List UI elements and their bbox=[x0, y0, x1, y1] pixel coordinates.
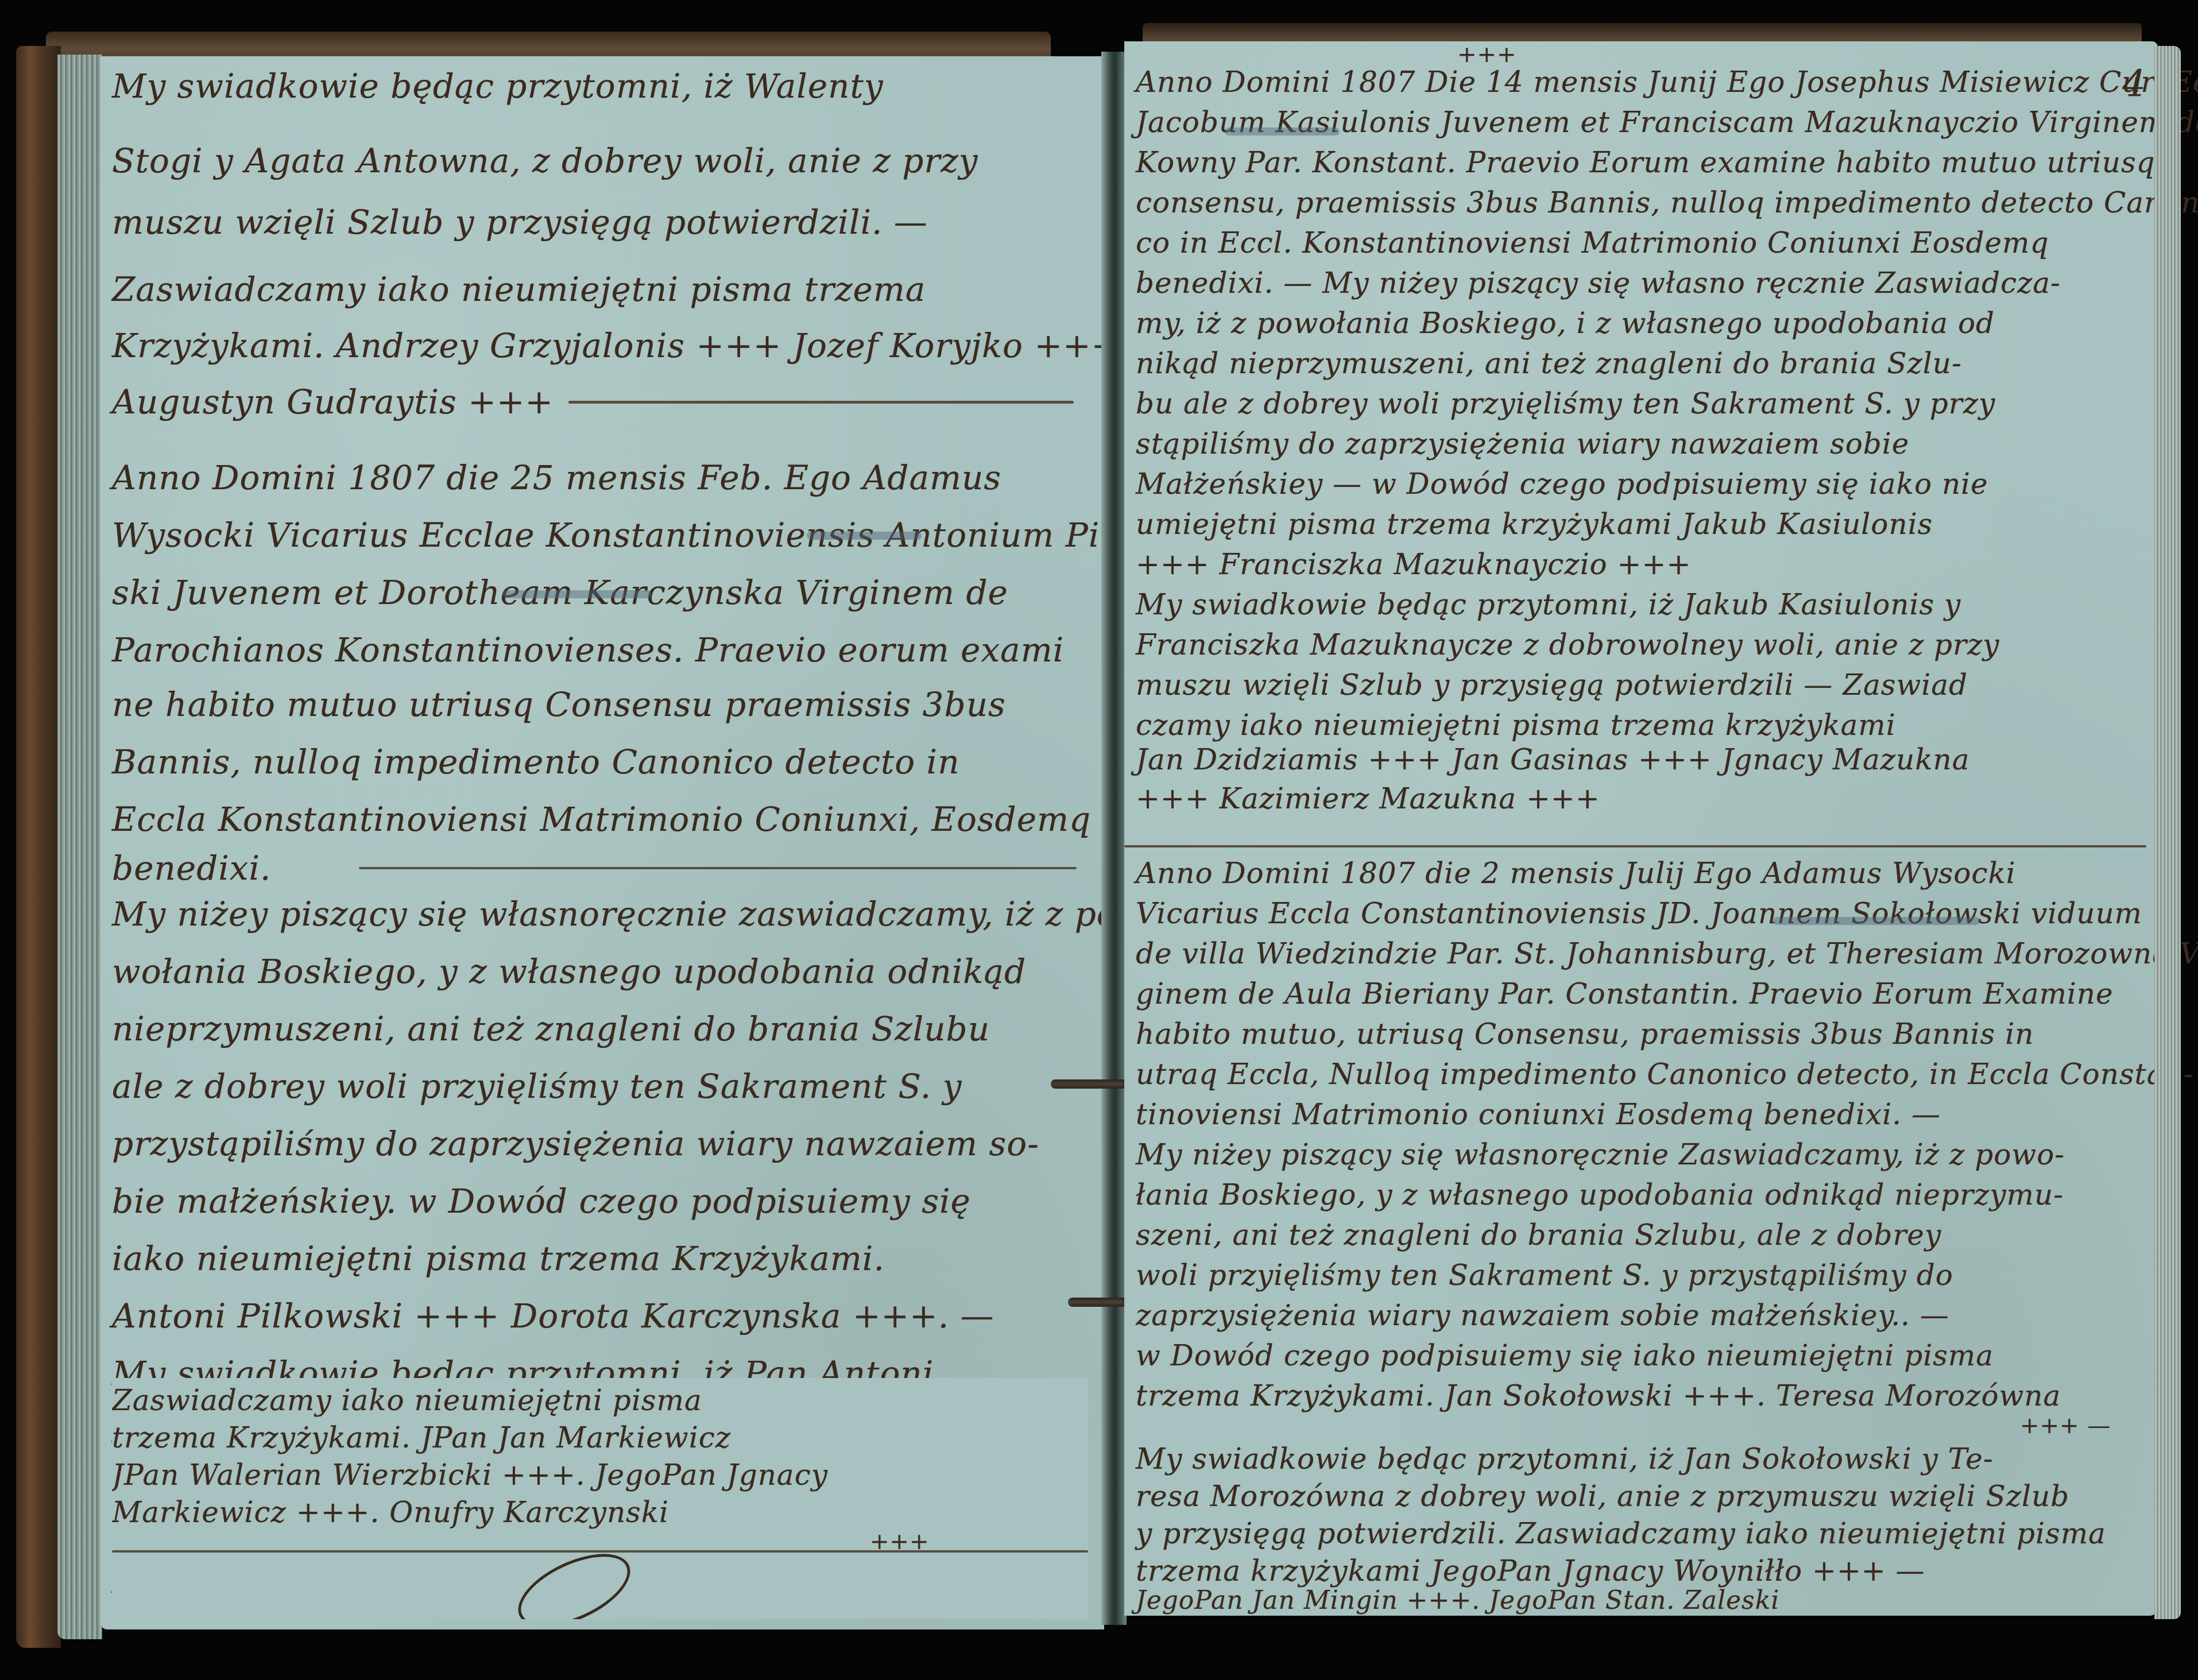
left-line-8: Wysocki Vicarius Ecclae Konstantinoviens… bbox=[112, 516, 1193, 555]
left-line-4: Zaswiadczamy iako nieumiejętni pisma trz… bbox=[112, 270, 926, 309]
right-line-37: y przysięgą potwierdzili. Zaswiadczamy i… bbox=[1136, 1517, 2106, 1550]
right-line-26: tinoviensi Matrimonio coniunxi Eosdemq b… bbox=[1136, 1098, 1941, 1131]
book-gutter bbox=[1101, 52, 1127, 1625]
right-line-11: Małżeńskiey — w Dowód czego podpisuiemy … bbox=[1136, 467, 1988, 501]
right-line-31: zaprzysiężenia wiary nawzaiem sobie małż… bbox=[1136, 1299, 1949, 1332]
left-line-30: Markiewicz +++. Onufry Karczynski bbox=[112, 1496, 669, 1529]
pencil-underline bbox=[502, 590, 652, 598]
left-line-3: muszu wzięli Szlub y przysięgą potwierdz… bbox=[112, 203, 928, 242]
right-line-36: resa Morozówna z dobrey woli, anie z prz… bbox=[1136, 1480, 2069, 1513]
right-line-7: my, iż z powołania Boskiego, i z własneg… bbox=[1136, 307, 1995, 340]
margin-note: +++ bbox=[1457, 41, 1517, 68]
right-line-14: My swiadkowie będąc przytomni, iż Jakub … bbox=[1136, 588, 1961, 621]
right-line-29: szeni, ani też znagleni do brania Szlubu… bbox=[1136, 1218, 1941, 1252]
left-line-29: JPan Walerian Wierzbicki +++. JegoPan Jg… bbox=[112, 1458, 828, 1492]
left-line-1: My swiadkowie będąc przytomni, iż Walent… bbox=[112, 67, 884, 106]
pencil-underline bbox=[1225, 127, 1340, 136]
right-line-1: Anno Domini 1807 Die 14 mensis Junij Ego… bbox=[1136, 65, 2198, 99]
pencil-underline bbox=[807, 532, 922, 540]
left-line-27b: Zaswiadczamy iako nieumiejętni pisma bbox=[112, 1384, 702, 1417]
right-page: 4 +++ Anno Domini 1807 Die 14 mensis Jun… bbox=[1124, 41, 2158, 1616]
right-line-24: habito mutuo, utriusq Consensu, praemiss… bbox=[1136, 1017, 2034, 1051]
right-line-18: Jan Dzidziamis +++ Jan Gasinas +++ Jgnac… bbox=[1136, 743, 1970, 776]
right-line-6: benedixi. — My niżey piszący się własno … bbox=[1136, 266, 2061, 300]
entry-separator-rule bbox=[112, 1550, 1088, 1553]
left-line-11: ne habito mutuo utriusq Consensu praemis… bbox=[112, 685, 1006, 724]
pencil-underline bbox=[1773, 917, 1980, 925]
right-line-15: Franciszka Mazuknaycze z dobrowolney wol… bbox=[1136, 628, 2000, 661]
left-line-2: Stogi y Agata Antowna, z dobrey woli, an… bbox=[112, 141, 978, 180]
right-line-4: consensu, praemissis 3bus Bannis, nulloq… bbox=[1136, 186, 2198, 219]
left-line-5: Krzyżykami. Andrzey Grzyjalonis +++ Joze… bbox=[112, 326, 1120, 365]
right-line-22: de villa Wiedzindzie Par. St. Johannisbu… bbox=[1136, 937, 2198, 970]
left-line-12: Bannis, nulloq impedimento Canonico dete… bbox=[112, 742, 960, 781]
left-line-13: Eccla Konstantinoviensi Matrimonio Coniu… bbox=[112, 800, 1091, 839]
right-line-25: utraq Eccla, Nulloq impedimento Canonico… bbox=[1136, 1058, 2194, 1091]
right-line-17: czamy iako nieumiejętni pisma trzema krz… bbox=[1136, 709, 1896, 742]
right-line-39: JegoPan Jan Mingin +++. JegoPan Stan. Za… bbox=[1136, 1586, 1779, 1615]
right-line-8: nikąd nieprzymuszeni, ani też znagleni d… bbox=[1136, 347, 1962, 380]
entry-separator-rule bbox=[1124, 845, 2146, 847]
right-line-23: ginem de Aula Bieriany Par. Constantin. … bbox=[1136, 977, 2114, 1011]
right-line-34: +++ — bbox=[2020, 1412, 2111, 1439]
right-line-5: co in Eccl. Konstantinoviensi Matrimonio… bbox=[1136, 226, 2049, 260]
right-line-27: My niżey piszący się własnoręcznie Zaswi… bbox=[1136, 1138, 2065, 1171]
book-cover-spine-edge bbox=[16, 46, 61, 1648]
right-line-19: +++ Kazimierz Mazukna +++ bbox=[1136, 782, 1600, 815]
left-line-10: Parochianos Konstantinovienses. Praevio … bbox=[112, 630, 1064, 669]
right-line-20: Anno Domini 1807 die 2 mensis Julij Ego … bbox=[1136, 857, 2016, 890]
right-line-35: My swiadkowie będąc przytomni, iż Jan So… bbox=[1136, 1442, 1994, 1476]
right-line-13: +++ Franciszka Mazuknayczio +++ bbox=[1136, 548, 1691, 581]
entry-separator-rule bbox=[568, 401, 1074, 404]
left-page-bottom-overlay: Zaswiadczamy iako nieumiejętni pisma trz… bbox=[112, 1378, 1088, 1619]
left-line-18: ale z dobrey woli przyięliśmy ten Sakram… bbox=[112, 1067, 962, 1106]
right-line-21: Vicarius Eccla Constantinoviensis JD. Jo… bbox=[1136, 897, 2142, 930]
left-line-14: benedixi. bbox=[112, 849, 272, 888]
right-line-10: stąpiliśmy do zaprzysiężenia wiary nawza… bbox=[1136, 427, 1909, 460]
left-line-21: iako nieumiejętni pisma trzema Krzyżykam… bbox=[112, 1239, 885, 1278]
page-stack-left bbox=[57, 55, 102, 1639]
right-line-38: trzema krzyżykami JegoPan Jgnacy Woyniłł… bbox=[1136, 1554, 1925, 1588]
right-line-32: w Dowód czego podpisuiemy się iako nieum… bbox=[1136, 1339, 1994, 1372]
left-line-19: przystąpiliśmy do zaprzysiężenia wiary n… bbox=[112, 1124, 1039, 1163]
left-line-17: nieprzymuszeni, ani też znagleni do bran… bbox=[112, 1009, 990, 1048]
left-line-28: trzema Krzyżykami. JPan Jan Markiewicz bbox=[112, 1421, 731, 1454]
left-line-7: Anno Domini 1807 die 25 mensis Feb. Ego … bbox=[112, 458, 1001, 497]
right-line-28: łania Boskiego, y z własnego upodobania … bbox=[1136, 1178, 2064, 1211]
left-line-22: Antoni Pilkowski +++ Dorota Karczynska +… bbox=[112, 1296, 994, 1336]
right-line-30: woli przyięliśmy ten Sakrament S. y przy… bbox=[1136, 1259, 1953, 1292]
right-line-12: umiejętni pisma trzema krzyżykami Jakub … bbox=[1136, 508, 1933, 541]
left-line-16: wołania Boskiego, y z własnego upodobani… bbox=[112, 952, 1026, 991]
right-line-3: Kowny Par. Konstant. Praevio Eorum exami… bbox=[1136, 146, 2156, 179]
page-stack-right bbox=[2154, 46, 2181, 1619]
right-line-9: bu ale z dobrey woli przyięliśmy ten Sak… bbox=[1136, 387, 1995, 420]
right-line-16: muszu wzięli Szlub y przysięgą potwierdz… bbox=[1136, 668, 1968, 702]
entry-separator-rule bbox=[359, 867, 1077, 869]
left-line-6: Augustyn Gudraytis +++ bbox=[112, 382, 554, 421]
left-line-15: My niżey piszący się własnoręcznie zaswi… bbox=[112, 895, 1129, 934]
right-line-33: trzema Krzyżykami. Jan Sokołowski +++. T… bbox=[1136, 1379, 2061, 1412]
left-line-20: bie małżeńskiey. w Dowód czego podpisuie… bbox=[112, 1182, 971, 1221]
